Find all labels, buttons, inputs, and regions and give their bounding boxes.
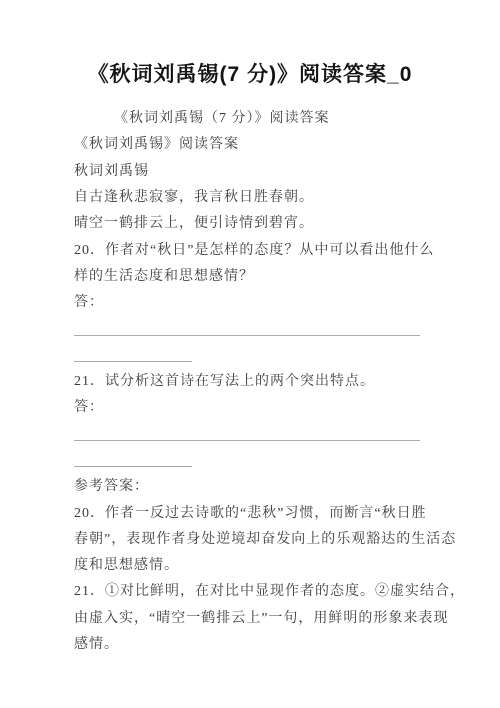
poem-title-line: 秋词刘禹锡 xyxy=(74,157,422,183)
answer-blank-line-short xyxy=(74,341,422,367)
answer-label-1: 答： xyxy=(74,288,422,314)
answer-20-line-3: 度和思想感情。 xyxy=(74,551,422,577)
page-title: 《秋词刘禹锡(7 分)》阅读答案_0 xyxy=(0,0,500,88)
blank-underline xyxy=(74,361,192,362)
blank-underline xyxy=(74,335,420,336)
answer-21-line-1: 21．①对比鲜明，在对比中显现作者的态度。②虚实结合， xyxy=(74,577,422,603)
question-20-line-1: 20．作者对“秋日”是怎样的态度？从中可以看出他什么 xyxy=(74,235,422,261)
document-page: 《秋词刘禹锡(7 分)》阅读答案_0 《秋词刘禹锡（7 分）》阅读答案 《秋词刘… xyxy=(0,0,500,708)
poem-line-1: 自古逢秋悲寂寥，我言秋日胜春朝。 xyxy=(74,183,422,209)
poem-line-2: 晴空一鹤排云上，便引诗情到碧宵。 xyxy=(74,209,422,235)
answer-21-line-3: 感情。 xyxy=(74,630,422,656)
answer-label-2: 答： xyxy=(74,393,422,419)
blank-underline xyxy=(74,466,192,467)
answer-20-line-1: 20．作者一反过去诗歌的“悲秋”习惯，而断言“秋日胜 xyxy=(74,498,422,524)
answer-blank-line-short xyxy=(74,446,422,472)
answer-20-line-2: 春朝”，表现作者身处逆境却奋发向上的乐观豁达的生活态 xyxy=(74,525,422,551)
doc-subtitle: 《秋词刘禹锡（7 分）》阅读答案 xyxy=(74,104,422,130)
blank-underline xyxy=(74,440,420,441)
document-body: 《秋词刘禹锡（7 分）》阅读答案 《秋词刘禹锡》阅读答案 秋词刘禹锡 自古逢秋悲… xyxy=(74,104,422,656)
question-21-line: 21．试分析这首诗在写法上的两个突出特点。 xyxy=(74,367,422,393)
answer-21-line-2: 由虚入实，“晴空一鹤排云上”一句，用鲜明的形象来表现 xyxy=(74,604,422,630)
answer-blank-line-long xyxy=(74,314,422,340)
question-20-line-2: 样的生活态度和思想感情？ xyxy=(74,262,422,288)
answer-blank-line-long xyxy=(74,420,422,446)
doc-heading-line: 《秋词刘禹锡》阅读答案 xyxy=(74,130,422,156)
reference-answer-heading: 参考答案： xyxy=(74,472,422,498)
